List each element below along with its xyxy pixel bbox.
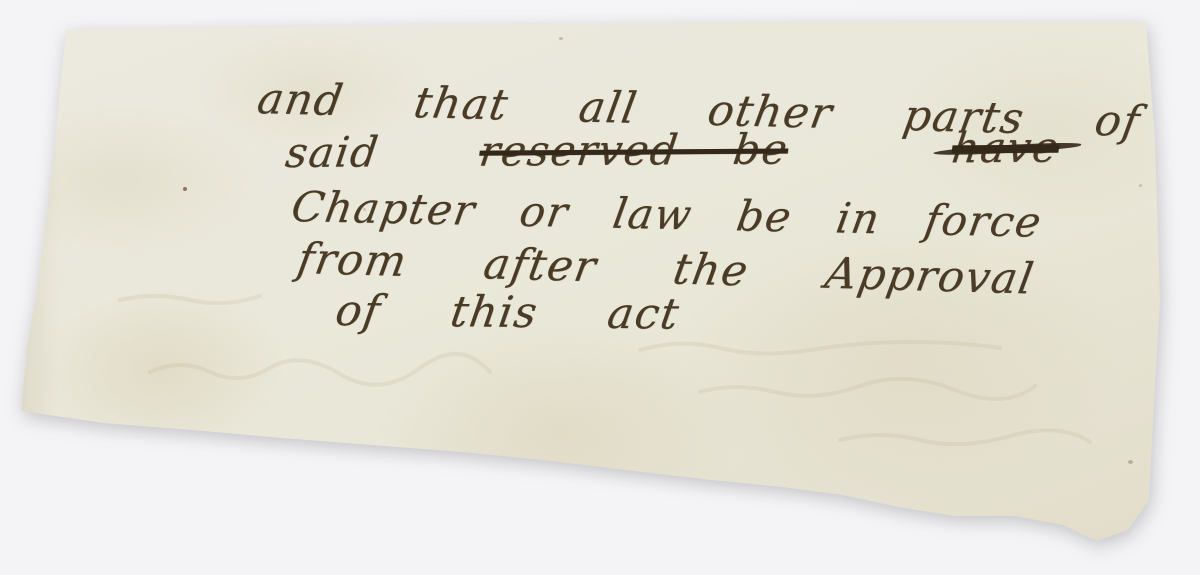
manuscript-line-5: of this act (332, 286, 683, 340)
manuscript-word: of this act (332, 286, 683, 340)
scan-background: and that all other parts of said reserve… (0, 0, 1200, 575)
paper-shadow: and that all other parts of said reserve… (0, 0, 1200, 575)
manuscript-word: said (283, 127, 382, 177)
manuscript-paper-fragment: and that all other parts of said reserve… (0, 0, 1200, 575)
manuscript-line-2: said reserved behave (283, 122, 1074, 177)
struck-out-word: reserved be (471, 124, 798, 175)
handwritten-text-block: and that all other parts of said reserve… (0, 0, 1200, 575)
struck-out-word: have (937, 122, 1074, 172)
